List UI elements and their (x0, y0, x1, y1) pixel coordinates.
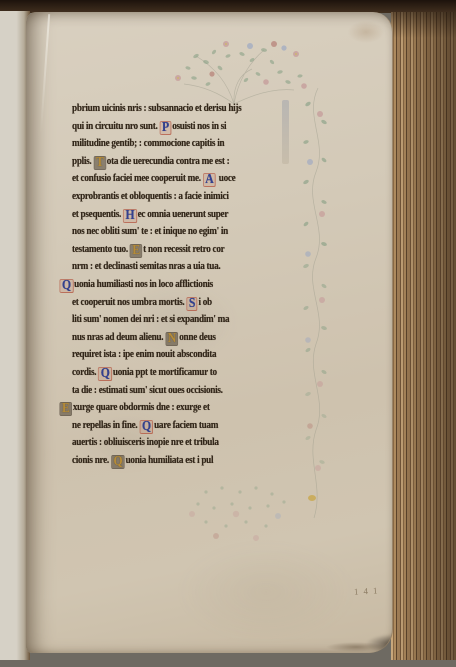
text-line: pbrium uicinis nris : subsannacio et der… (72, 100, 296, 118)
text-line: liti sum' nomen dei nri : et si expandim… (72, 311, 296, 329)
illuminated-initial-blue: P (160, 122, 170, 134)
line-text: ne repellas in fine. (72, 419, 139, 431)
text-line: cordis. Quonia ppt te mortificamur to (72, 364, 296, 382)
text-line: auertis : obliuisceris inopie nre et tri… (72, 434, 296, 452)
illuminated-initial-gold: Q (112, 456, 124, 468)
folio-number: 141 (354, 585, 383, 596)
parchment-crease (40, 14, 50, 134)
text-line: cionis nre. Quonia humiliata est i pul (72, 452, 296, 470)
text-line: militudine gentib; : commocione capitis … (72, 135, 296, 153)
line-text: testamento tuo. (72, 243, 130, 255)
manuscript-page: pbrium uicinis nris : subsannacio et der… (26, 12, 393, 653)
text-line: requiret ista : ipe enim nouit abscondit… (72, 346, 296, 364)
text-line: Exurge quare obdormis dne : exurge et (72, 399, 296, 417)
text-line: pplis. Tota die uerecundia contra me est… (72, 153, 296, 171)
line-text: i ob (198, 296, 211, 308)
line-text: cionis nre. (72, 454, 111, 466)
text-line: testamento tuo. Et non recessit retro co… (72, 241, 296, 259)
illuminated-initial-blue: Q (99, 368, 111, 380)
text-line: nus nras ad deum alienu. Nonne deus (72, 329, 296, 347)
line-text: onne deus (179, 331, 215, 343)
manuscript-photo: pbrium uicinis nris : subsannacio et der… (0, 0, 456, 667)
book-fore-edge-pages (391, 12, 456, 660)
illuminated-initial-blue: Q (60, 280, 72, 292)
illuminated-initial-gold: N (166, 333, 177, 345)
line-text: nus nras ad deum alienu. (72, 331, 165, 343)
line-text: liti sum' nomen dei nri : et si expandim… (72, 313, 229, 325)
line-text: nrm : et declinasti semitas nras a uia t… (72, 260, 220, 272)
text-line: ne repellas in fine. Quare faciem tuam (72, 417, 296, 435)
floral-spray-bottom-icon (156, 482, 306, 546)
illuminated-initial-blue: A (204, 174, 215, 186)
line-text: uare faciem tuam (154, 419, 218, 431)
line-text: exprobrantis et obloquentis : a facie in… (72, 190, 229, 202)
line-text: auertis : obliuisceris inopie nre et tri… (72, 436, 219, 448)
line-text: militudine gentib; : commocione capitis … (72, 137, 224, 149)
text-line: nos nec obliti sum' te : et inique no eg… (72, 223, 296, 241)
line-text: uonia humiliasti nos in loco afflictioni… (74, 278, 213, 290)
illuminated-initial-gold: T (94, 157, 105, 169)
text-block: pbrium uicinis nris : subsannacio et der… (72, 100, 298, 472)
line-text: t non recessit retro cor (143, 243, 224, 255)
line-text: xurge quare obdormis dne : exurge et (73, 401, 210, 413)
illuminated-initial-gold: E (131, 245, 142, 257)
illuminated-initial-gold: E (60, 403, 71, 415)
line-text: requiret ista : ipe enim nouit abscondit… (72, 348, 216, 360)
text-line: ta die : estimati sum' sicut oues occisi… (72, 382, 296, 400)
text-line: et confusio faciei mee cooperuit me. A u… (72, 170, 296, 188)
line-text: uonia humiliata est i pul (126, 454, 214, 466)
line-text: uoce (217, 172, 236, 184)
illuminated-initial-blue: S (187, 298, 197, 310)
line-text: cordis. (72, 366, 98, 378)
line-text: pplis. (72, 155, 93, 167)
line-text: et confusio faciei mee cooperuit me. (72, 172, 203, 184)
text-line: Quonia humiliasti nos in loco affliction… (72, 276, 296, 294)
line-text: ota die uerecundia contra me est : (107, 155, 230, 167)
floral-spray-top-icon (154, 36, 314, 106)
line-text: nos nec obliti sum' te : et inique no eg… (72, 225, 228, 237)
text-line: exprobrantis et obloquentis : a facie in… (72, 188, 296, 206)
floral-vine-right-icon (296, 86, 336, 520)
line-text: et cooperuit nos umbra mortis. (72, 296, 186, 308)
text-line: et cooperuit nos umbra mortis. Si ob (72, 294, 296, 312)
line-text: et psequentis. (72, 208, 123, 220)
text-line: nrm : et declinasti semitas nras a uia t… (72, 258, 296, 276)
line-text: osuisti nos in si (172, 120, 226, 132)
line-text: qui in circuitu nro sunt. (72, 120, 160, 132)
line-text: ec omnia uenerunt super (138, 208, 228, 220)
line-text: ta die : estimati sum' sicut oues occisi… (72, 384, 223, 396)
line-text: uonia ppt te mortificamur to (113, 366, 217, 378)
line-text: pbrium uicinis nris : subsannacio et der… (72, 102, 241, 114)
illuminated-initial-blue: Q (140, 421, 152, 433)
text-line: et psequentis. Hec omnia uenerunt super (72, 206, 296, 224)
text-line: qui in circuitu nro sunt. Posuisti nos i… (72, 118, 296, 136)
illuminated-initial-blue: H (124, 210, 136, 222)
